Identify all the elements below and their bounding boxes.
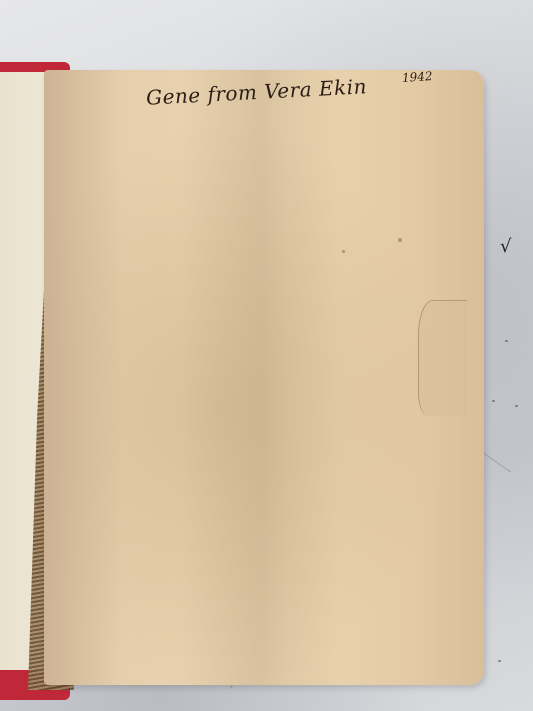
marble-speck <box>505 340 508 342</box>
page-stain <box>398 238 402 242</box>
page-tear <box>418 300 467 416</box>
marble-speck <box>515 405 518 407</box>
page-stain <box>342 250 345 253</box>
handwritten-year: 1942 <box>402 69 433 85</box>
surface-pen-mark: √ <box>500 236 511 257</box>
page-shadow <box>180 70 340 685</box>
marble-speck <box>492 400 495 402</box>
marble-speck <box>498 660 501 662</box>
